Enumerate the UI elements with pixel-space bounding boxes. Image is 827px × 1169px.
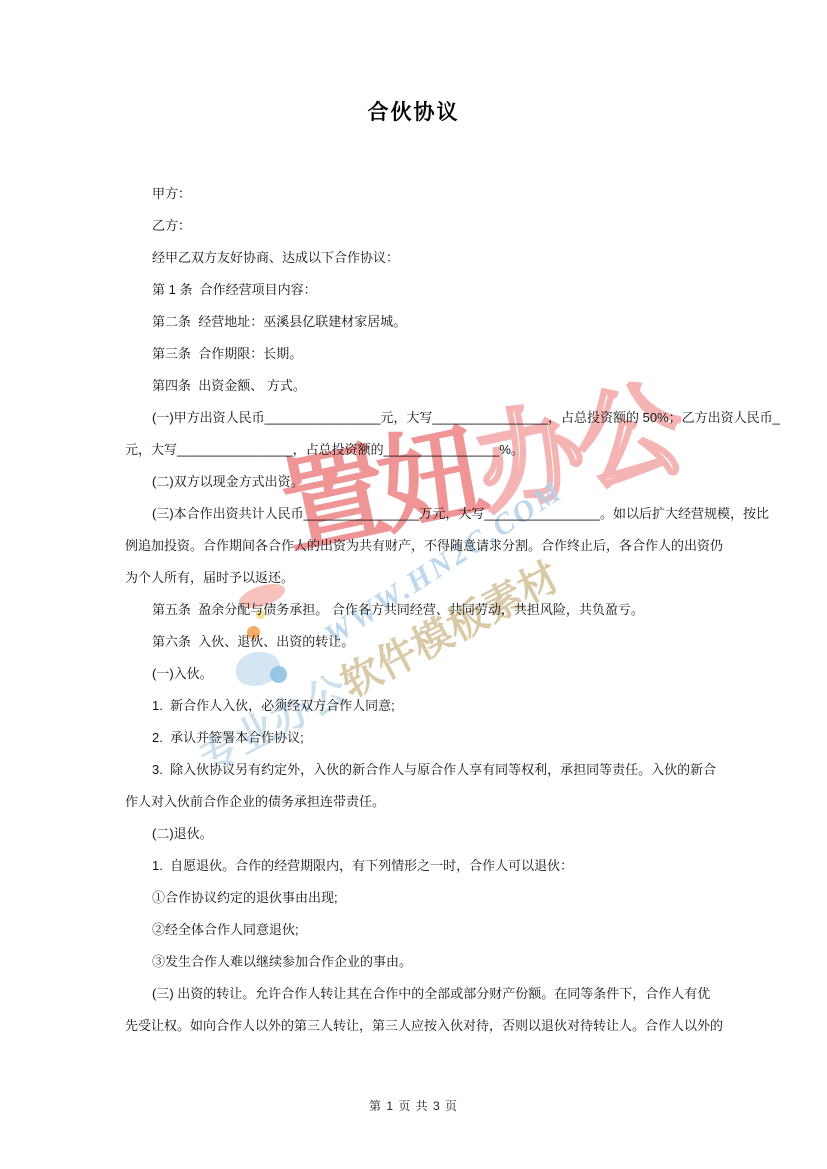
document-body: 甲方：乙方：经甲乙双方友好协商、达成以下合作协议：第 1 条 合作经营项目内容：… — [125, 178, 780, 1042]
document-line: 1. 新合作人入伙，必须经双方合作人同意; — [125, 690, 780, 722]
document-line: 第四条 出资金额、 方式。 — [125, 370, 780, 402]
document-line: 经甲乙双方友好协商、达成以下合作协议： — [125, 242, 780, 274]
document-line: 第三条 合作期限：长期。 — [125, 338, 780, 370]
document-line: 1. 自愿退伙。合作的经营期限内，有下列情形之一时，合作人可以退伙： — [125, 850, 780, 882]
document-line: (三)本合作出资共计人民币________________万元，大写______… — [125, 498, 780, 530]
document-line: 2. 承认并签署本合作协议; — [125, 722, 780, 754]
document-line: (一)甲方出资人民币________________元，大写__________… — [125, 402, 780, 434]
page-title: 合伙协议 — [0, 96, 827, 126]
document-line: ③发生合作人难以继续参加合作企业的事由。 — [125, 946, 780, 978]
document-line: ②经全体合作人同意退伙; — [125, 914, 780, 946]
document-line: 第二条 经营地址：巫溪县亿联建材家居城。 — [125, 306, 780, 338]
document-line: 3. 除入伙协议另有约定外，入伙的新合作人与原合作人享有同等权利，承担同等责任。… — [125, 754, 780, 786]
document-line: (一)入伙。 — [125, 658, 780, 690]
document-line: 元，大写________________，占总投资额的_____________… — [125, 434, 780, 466]
document-line: (二)双方以现金方式出资。 — [125, 466, 780, 498]
document-line: 作人对入伙前合作企业的债务承担连带责任。 — [125, 786, 780, 818]
page-footer: 第 1 页 共 3 页 — [0, 1097, 827, 1114]
document-line: 第 1 条 合作经营项目内容： — [125, 274, 780, 306]
document-line: 乙方： — [125, 210, 780, 242]
document-line: (二)退伙。 — [125, 818, 780, 850]
document-line: 先受让权。如向合作人以外的第三人转让，第三人应按入伙对待，否则以退伙对待转让人。… — [125, 1010, 780, 1042]
document-line: 第五条 盈余分配与债务承担。 合作各方共同经营、共同劳动，共担风险，共负盈亏。 — [125, 594, 780, 626]
document-line: 例追加投资。合作期间各合作人的出资为共有财产，不得随意请求分割。合作终止后，各合… — [125, 530, 780, 562]
document-line: 第六条 入伙、退伙、出资的转让。 — [125, 626, 780, 658]
document-page: 置妞办公 WWW.HN2C.COM 专业办公软件模板素材 合伙协议 甲方：乙方：… — [0, 0, 827, 1169]
document-line: ①合作协议约定的退伙事由出现; — [125, 882, 780, 914]
document-line: 甲方： — [125, 178, 780, 210]
document-line: 为个人所有，届时予以返还。 — [125, 562, 780, 594]
document-line: (三) 出资的转让。允许合作人转让其在合作中的全部或部分财产份额。在同等条件下，… — [125, 978, 780, 1010]
